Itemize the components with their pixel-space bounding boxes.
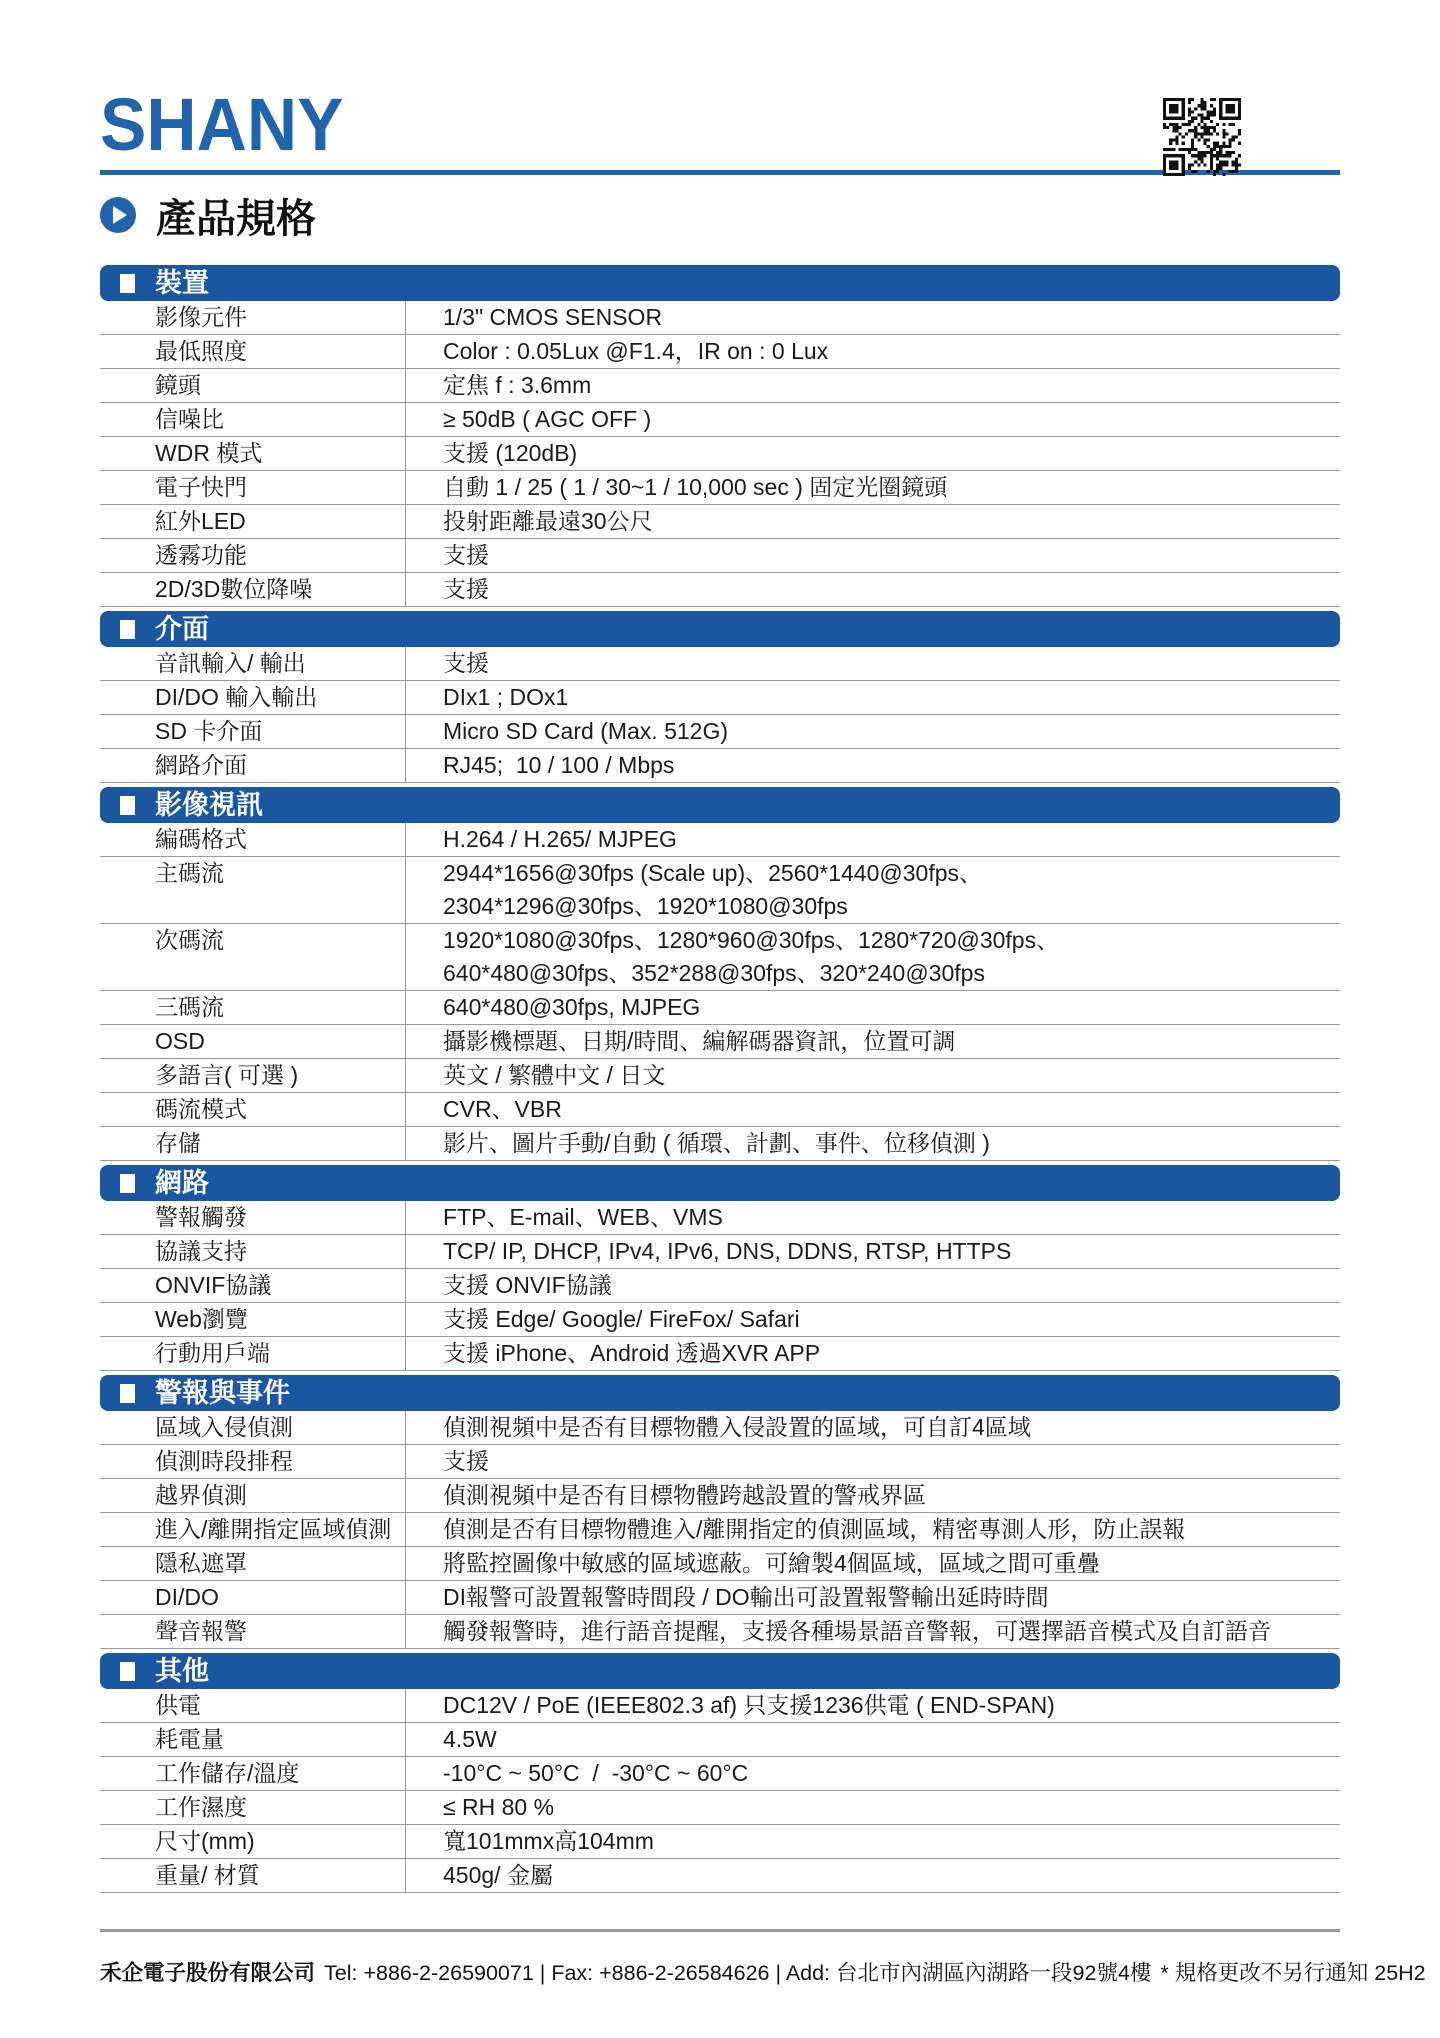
spec-section: 警報與事件 區域入侵偵測 偵測視頻中是否有目標物體入侵設置的區域，可自訂4區域 …	[100, 1375, 1340, 1649]
spec-row: 工作儲存/溫度 -10°C ~ 50°C / -30°C ~ 60°C	[100, 1757, 1340, 1791]
spec-label: 區域入侵偵測	[100, 1411, 405, 1444]
spec-label: 主碼流	[100, 857, 405, 923]
spec-value: 支援 iPhone、Android 透過XVR APP	[405, 1337, 1340, 1370]
spec-label: 聲音報警	[100, 1615, 405, 1648]
spec-row: DI/DO DI報警可設置報警時間段 / DO輸出可設置報警輸出延時時間	[100, 1581, 1340, 1615]
spec-value: -10°C ~ 50°C / -30°C ~ 60°C	[405, 1757, 1340, 1790]
footer: 禾企電子股份有限公司 Tel: +886-2-26590071 | Fax: +…	[100, 1956, 1340, 1987]
spec-label: 最低照度	[100, 335, 405, 368]
spec-row: 隱私遮罩 將監控圖像中敏感的區域遮蔽。可繪製4個區域，區域之間可重疊	[100, 1547, 1340, 1581]
spec-label: OSD	[100, 1025, 405, 1058]
section-rows: 供電 DC12V / PoE (IEEE802.3 af) 只支援1236供電 …	[100, 1689, 1340, 1893]
spec-label: 偵測時段排程	[100, 1445, 405, 1478]
spec-value: 將監控圖像中敏感的區域遮蔽。可繪製4個區域，區域之間可重疊	[405, 1547, 1340, 1580]
section-rows: 警報觸發 FTP、E-mail、WEB、VMS 協議支持 TCP/ IP, DH…	[100, 1201, 1340, 1371]
spec-label: 尺寸(mm)	[100, 1825, 405, 1858]
section-header: 裝置	[100, 265, 1340, 301]
spec-section: 裝置 影像元件 1/3" CMOS SENSOR 最低照度 Color : 0.…	[100, 265, 1340, 607]
spec-value: CVR、VBR	[405, 1093, 1340, 1126]
spec-row: 越界偵測 偵測視頻中是否有目標物體跨越設置的警戒界區	[100, 1479, 1340, 1513]
spec-row: 聲音報警 觸發報警時，進行語音提醒，支援各種場景語音警報，可選擇語音模式及自訂語…	[100, 1615, 1340, 1649]
spec-row: 鏡頭 定焦 f : 3.6mm	[100, 369, 1340, 403]
spec-row: ONVIF協議 支援 ONVIF協議	[100, 1269, 1340, 1303]
spec-value: H.264 / H.265/ MJPEG	[405, 823, 1340, 856]
spec-label: 隱私遮罩	[100, 1547, 405, 1580]
spec-row: 次碼流 1920*1080@30fps、1280*960@30fps、1280*…	[100, 924, 1340, 991]
spec-row: 2D/3D數位降噪 支援	[100, 573, 1340, 607]
page-title: 產品規格	[156, 187, 316, 244]
spec-row: 信噪比 ≥ 50dB ( AGC OFF )	[100, 403, 1340, 437]
spec-value: 觸發報警時，進行語音提醒，支援各種場景語音警報，可選擇語音模式及自訂語音	[405, 1615, 1340, 1648]
spec-row: 影像元件 1/3" CMOS SENSOR	[100, 301, 1340, 335]
spec-row: SD 卡介面 Micro SD Card (Max. 512G)	[100, 715, 1340, 749]
spec-section: 影像視訊 編碼格式 H.264 / H.265/ MJPEG 主碼流 2944*…	[100, 787, 1340, 1161]
spec-value: 寬101mmx高104mm	[405, 1825, 1340, 1858]
spec-label: 供電	[100, 1689, 405, 1722]
spec-row: 重量/ 材質 450g/ 金屬	[100, 1859, 1340, 1893]
spec-value: 支援 (120dB)	[405, 437, 1340, 470]
company-name: 禾企電子股份有限公司	[100, 1956, 315, 1987]
spec-value: 640*480@30fps, MJPEG	[405, 991, 1340, 1024]
spec-row: 耗電量 4.5W	[100, 1723, 1340, 1757]
spec-value: Micro SD Card (Max. 512G)	[405, 715, 1340, 748]
spec-value: 偵測是否有目標物體進入/離開指定的偵測區域，精密專測人形，防止誤報	[405, 1513, 1340, 1546]
spec-label: WDR 模式	[100, 437, 405, 470]
spec-section: 其他 供電 DC12V / PoE (IEEE802.3 af) 只支援1236…	[100, 1653, 1340, 1893]
sections: 裝置 影像元件 1/3" CMOS SENSOR 最低照度 Color : 0.…	[100, 265, 1340, 1893]
spec-value: 1/3" CMOS SENSOR	[405, 301, 1340, 334]
section-header: 影像視訊	[100, 787, 1340, 823]
spec-label: 三碼流	[100, 991, 405, 1024]
spec-value: 支援 Edge/ Google/ FireFox/ Safari	[405, 1303, 1340, 1336]
spec-sheet: SHANY 產品規格 裝置 影像元件 1/3" CMOS SENSOR 最低照度…	[100, 0, 1340, 1987]
spec-value: 1920*1080@30fps、1280*960@30fps、1280*720@…	[405, 924, 1340, 990]
spec-value: 支援	[405, 539, 1340, 572]
spec-label: 透霧功能	[100, 539, 405, 572]
spec-row: 音訊輸入/ 輸出 支援	[100, 647, 1340, 681]
spec-change-note: * 規格更改不另行通知 25H2	[1160, 1956, 1425, 1987]
section-rows: 音訊輸入/ 輸出 支援 DI/DO 輸入輸出 DIx1 ; DOx1 SD 卡介…	[100, 647, 1340, 783]
spec-label: 存儲	[100, 1127, 405, 1160]
spec-row: 區域入侵偵測 偵測視頻中是否有目標物體入侵設置的區域，可自訂4區域	[100, 1411, 1340, 1445]
spec-label: DI/DO 輸入輸出	[100, 681, 405, 714]
play-icon	[100, 197, 136, 233]
contact-info: Tel: +886-2-26590071 | Fax: +886-2-26584…	[324, 1956, 1151, 1987]
spec-value: TCP/ IP, DHCP, IPv4, IPv6, DNS, DDNS, RT…	[405, 1235, 1340, 1268]
spec-value: 影片、圖片手動/自動 ( 循環、計劃、事件、位移偵測 )	[405, 1127, 1340, 1160]
spec-value: 支援	[405, 647, 1340, 680]
spec-value: 定焦 f : 3.6mm	[405, 369, 1340, 402]
spec-value: ≥ 50dB ( AGC OFF )	[405, 403, 1340, 436]
spec-row: 尺寸(mm) 寬101mmx高104mm	[100, 1825, 1340, 1859]
spec-label: 網路介面	[100, 749, 405, 782]
qr-code-icon	[1163, 98, 1241, 176]
spec-row: 紅外LED 投射距離最遠30公尺	[100, 505, 1340, 539]
spec-label: 編碼格式	[100, 823, 405, 856]
brand-underline	[100, 170, 1340, 175]
spec-label: 電子快門	[100, 471, 405, 504]
spec-label: 信噪比	[100, 403, 405, 436]
spec-value: 英文 / 繁體中文 / 日文	[405, 1059, 1340, 1092]
spec-label: Web瀏覽	[100, 1303, 405, 1336]
spec-value: FTP、E-mail、WEB、VMS	[405, 1201, 1340, 1234]
spec-label: ONVIF協議	[100, 1269, 405, 1302]
spec-value: 支援	[405, 573, 1340, 606]
section-title: 介面	[155, 616, 209, 643]
spec-label: 影像元件	[100, 301, 405, 334]
spec-row: DI/DO 輸入輸出 DIx1 ; DOx1	[100, 681, 1340, 715]
spec-label: 多語言( 可選 )	[100, 1059, 405, 1092]
spec-row: 協議支持 TCP/ IP, DHCP, IPv4, IPv6, DNS, DDN…	[100, 1235, 1340, 1269]
spec-value: 2944*1656@30fps (Scale up)、2560*1440@30f…	[405, 857, 1340, 923]
spec-label: 工作濕度	[100, 1791, 405, 1824]
spec-row: 網路介面 RJ45; 10 / 100 / Mbps	[100, 749, 1340, 783]
spec-section: 介面 音訊輸入/ 輸出 支援 DI/DO 輸入輸出 DIx1 ; DOx1 SD…	[100, 611, 1340, 783]
section-rows: 編碼格式 H.264 / H.265/ MJPEG 主碼流 2944*1656@…	[100, 823, 1340, 1161]
spec-value: 攝影機標題、日期/時間、編解碼器資訊，位置可調	[405, 1025, 1340, 1058]
section-header: 網路	[100, 1165, 1340, 1201]
section-rows: 區域入侵偵測 偵測視頻中是否有目標物體入侵設置的區域，可自訂4區域 偵測時段排程…	[100, 1411, 1340, 1649]
spec-label: SD 卡介面	[100, 715, 405, 748]
page-title-row: 產品規格	[100, 193, 1340, 237]
spec-row: 偵測時段排程 支援	[100, 1445, 1340, 1479]
section-square-icon	[120, 620, 135, 639]
spec-label: 耗電量	[100, 1723, 405, 1756]
spec-row: 透霧功能 支援	[100, 539, 1340, 573]
spec-value: 450g/ 金屬	[405, 1859, 1340, 1892]
section-square-icon	[120, 1662, 135, 1681]
spec-value: 偵測視頻中是否有目標物體入侵設置的區域，可自訂4區域	[405, 1411, 1340, 1444]
spec-row: 行動用戶端 支援 iPhone、Android 透過XVR APP	[100, 1337, 1340, 1371]
spec-row: 存儲 影片、圖片手動/自動 ( 循環、計劃、事件、位移偵測 )	[100, 1127, 1340, 1161]
section-square-icon	[120, 796, 135, 815]
spec-label: 越界偵測	[100, 1479, 405, 1512]
spec-row: 進入/離開指定區域偵測 偵測是否有目標物體進入/離開指定的偵測區域，精密專測人形…	[100, 1513, 1340, 1547]
spec-sheet-page: { "colors": { "brand_blue": "#2163AC", "…	[0, 0, 1440, 2038]
spec-value: DC12V / PoE (IEEE802.3 af) 只支援1236供電 ( E…	[405, 1689, 1340, 1722]
spec-value: RJ45; 10 / 100 / Mbps	[405, 749, 1340, 782]
footer-divider	[100, 1929, 1340, 1932]
spec-value: ≤ RH 80 %	[405, 1791, 1340, 1824]
spec-row: OSD 攝影機標題、日期/時間、編解碼器資訊，位置可調	[100, 1025, 1340, 1059]
spec-label: 次碼流	[100, 924, 405, 990]
section-square-icon	[120, 274, 135, 293]
spec-value: Color : 0.05Lux @F1.4，IR on : 0 Lux	[405, 335, 1340, 368]
spec-label: 警報觸發	[100, 1201, 405, 1234]
section-title: 網路	[155, 1170, 209, 1197]
spec-label: 音訊輸入/ 輸出	[100, 647, 405, 680]
section-square-icon	[120, 1174, 135, 1193]
spec-value: 投射距離最遠30公尺	[405, 505, 1340, 538]
section-title: 影像視訊	[155, 792, 263, 819]
spec-label: 紅外LED	[100, 505, 405, 538]
spec-label: 重量/ 材質	[100, 1859, 405, 1892]
spec-row: 多語言( 可選 ) 英文 / 繁體中文 / 日文	[100, 1059, 1340, 1093]
spec-label: 2D/3D數位降噪	[100, 573, 405, 606]
spec-label: 碼流模式	[100, 1093, 405, 1126]
spec-label: 工作儲存/溫度	[100, 1757, 405, 1790]
spec-row: 三碼流 640*480@30fps, MJPEG	[100, 991, 1340, 1025]
spec-value: DIx1 ; DOx1	[405, 681, 1340, 714]
spec-section: 網路 警報觸發 FTP、E-mail、WEB、VMS 協議支持 TCP/ IP,…	[100, 1165, 1340, 1371]
spec-label: 協議支持	[100, 1235, 405, 1268]
section-title: 裝置	[155, 270, 209, 297]
section-square-icon	[120, 1384, 135, 1403]
spec-row: Web瀏覽 支援 Edge/ Google/ FireFox/ Safari	[100, 1303, 1340, 1337]
spec-row: 主碼流 2944*1656@30fps (Scale up)、2560*1440…	[100, 857, 1340, 924]
spec-row: 最低照度 Color : 0.05Lux @F1.4，IR on : 0 Lux	[100, 335, 1340, 369]
spec-row: 供電 DC12V / PoE (IEEE802.3 af) 只支援1236供電 …	[100, 1689, 1340, 1723]
section-header: 其他	[100, 1653, 1340, 1689]
spec-row: 工作濕度 ≤ RH 80 %	[100, 1791, 1340, 1825]
spec-row: 電子快門 自動 1 / 25 ( 1 / 30~1 / 10,000 sec )…	[100, 471, 1340, 505]
section-header: 警報與事件	[100, 1375, 1340, 1411]
spec-value: DI報警可設置報警時間段 / DO輸出可設置報警輸出延時時間	[405, 1581, 1340, 1614]
spec-value: 4.5W	[405, 1723, 1340, 1756]
spec-label: 行動用戶端	[100, 1337, 405, 1370]
spec-row: 編碼格式 H.264 / H.265/ MJPEG	[100, 823, 1340, 857]
section-rows: 影像元件 1/3" CMOS SENSOR 最低照度 Color : 0.05L…	[100, 301, 1340, 607]
spec-value: 偵測視頻中是否有目標物體跨越設置的警戒界區	[405, 1479, 1340, 1512]
spec-label: DI/DO	[100, 1581, 405, 1614]
brand-logo: SHANY	[100, 88, 1266, 162]
spec-label: 鏡頭	[100, 369, 405, 402]
spec-row: 碼流模式 CVR、VBR	[100, 1093, 1340, 1127]
spec-value: 支援 ONVIF協議	[405, 1269, 1340, 1302]
section-title: 其他	[155, 1658, 209, 1685]
section-title: 警報與事件	[155, 1380, 290, 1407]
spec-value: 自動 1 / 25 ( 1 / 30~1 / 10,000 sec ) 固定光圈…	[405, 471, 1340, 504]
section-header: 介面	[100, 611, 1340, 647]
spec-value: 支援	[405, 1445, 1340, 1478]
spec-row: WDR 模式 支援 (120dB)	[100, 437, 1340, 471]
spec-label: 進入/離開指定區域偵測	[100, 1513, 405, 1546]
spec-row: 警報觸發 FTP、E-mail、WEB、VMS	[100, 1201, 1340, 1235]
